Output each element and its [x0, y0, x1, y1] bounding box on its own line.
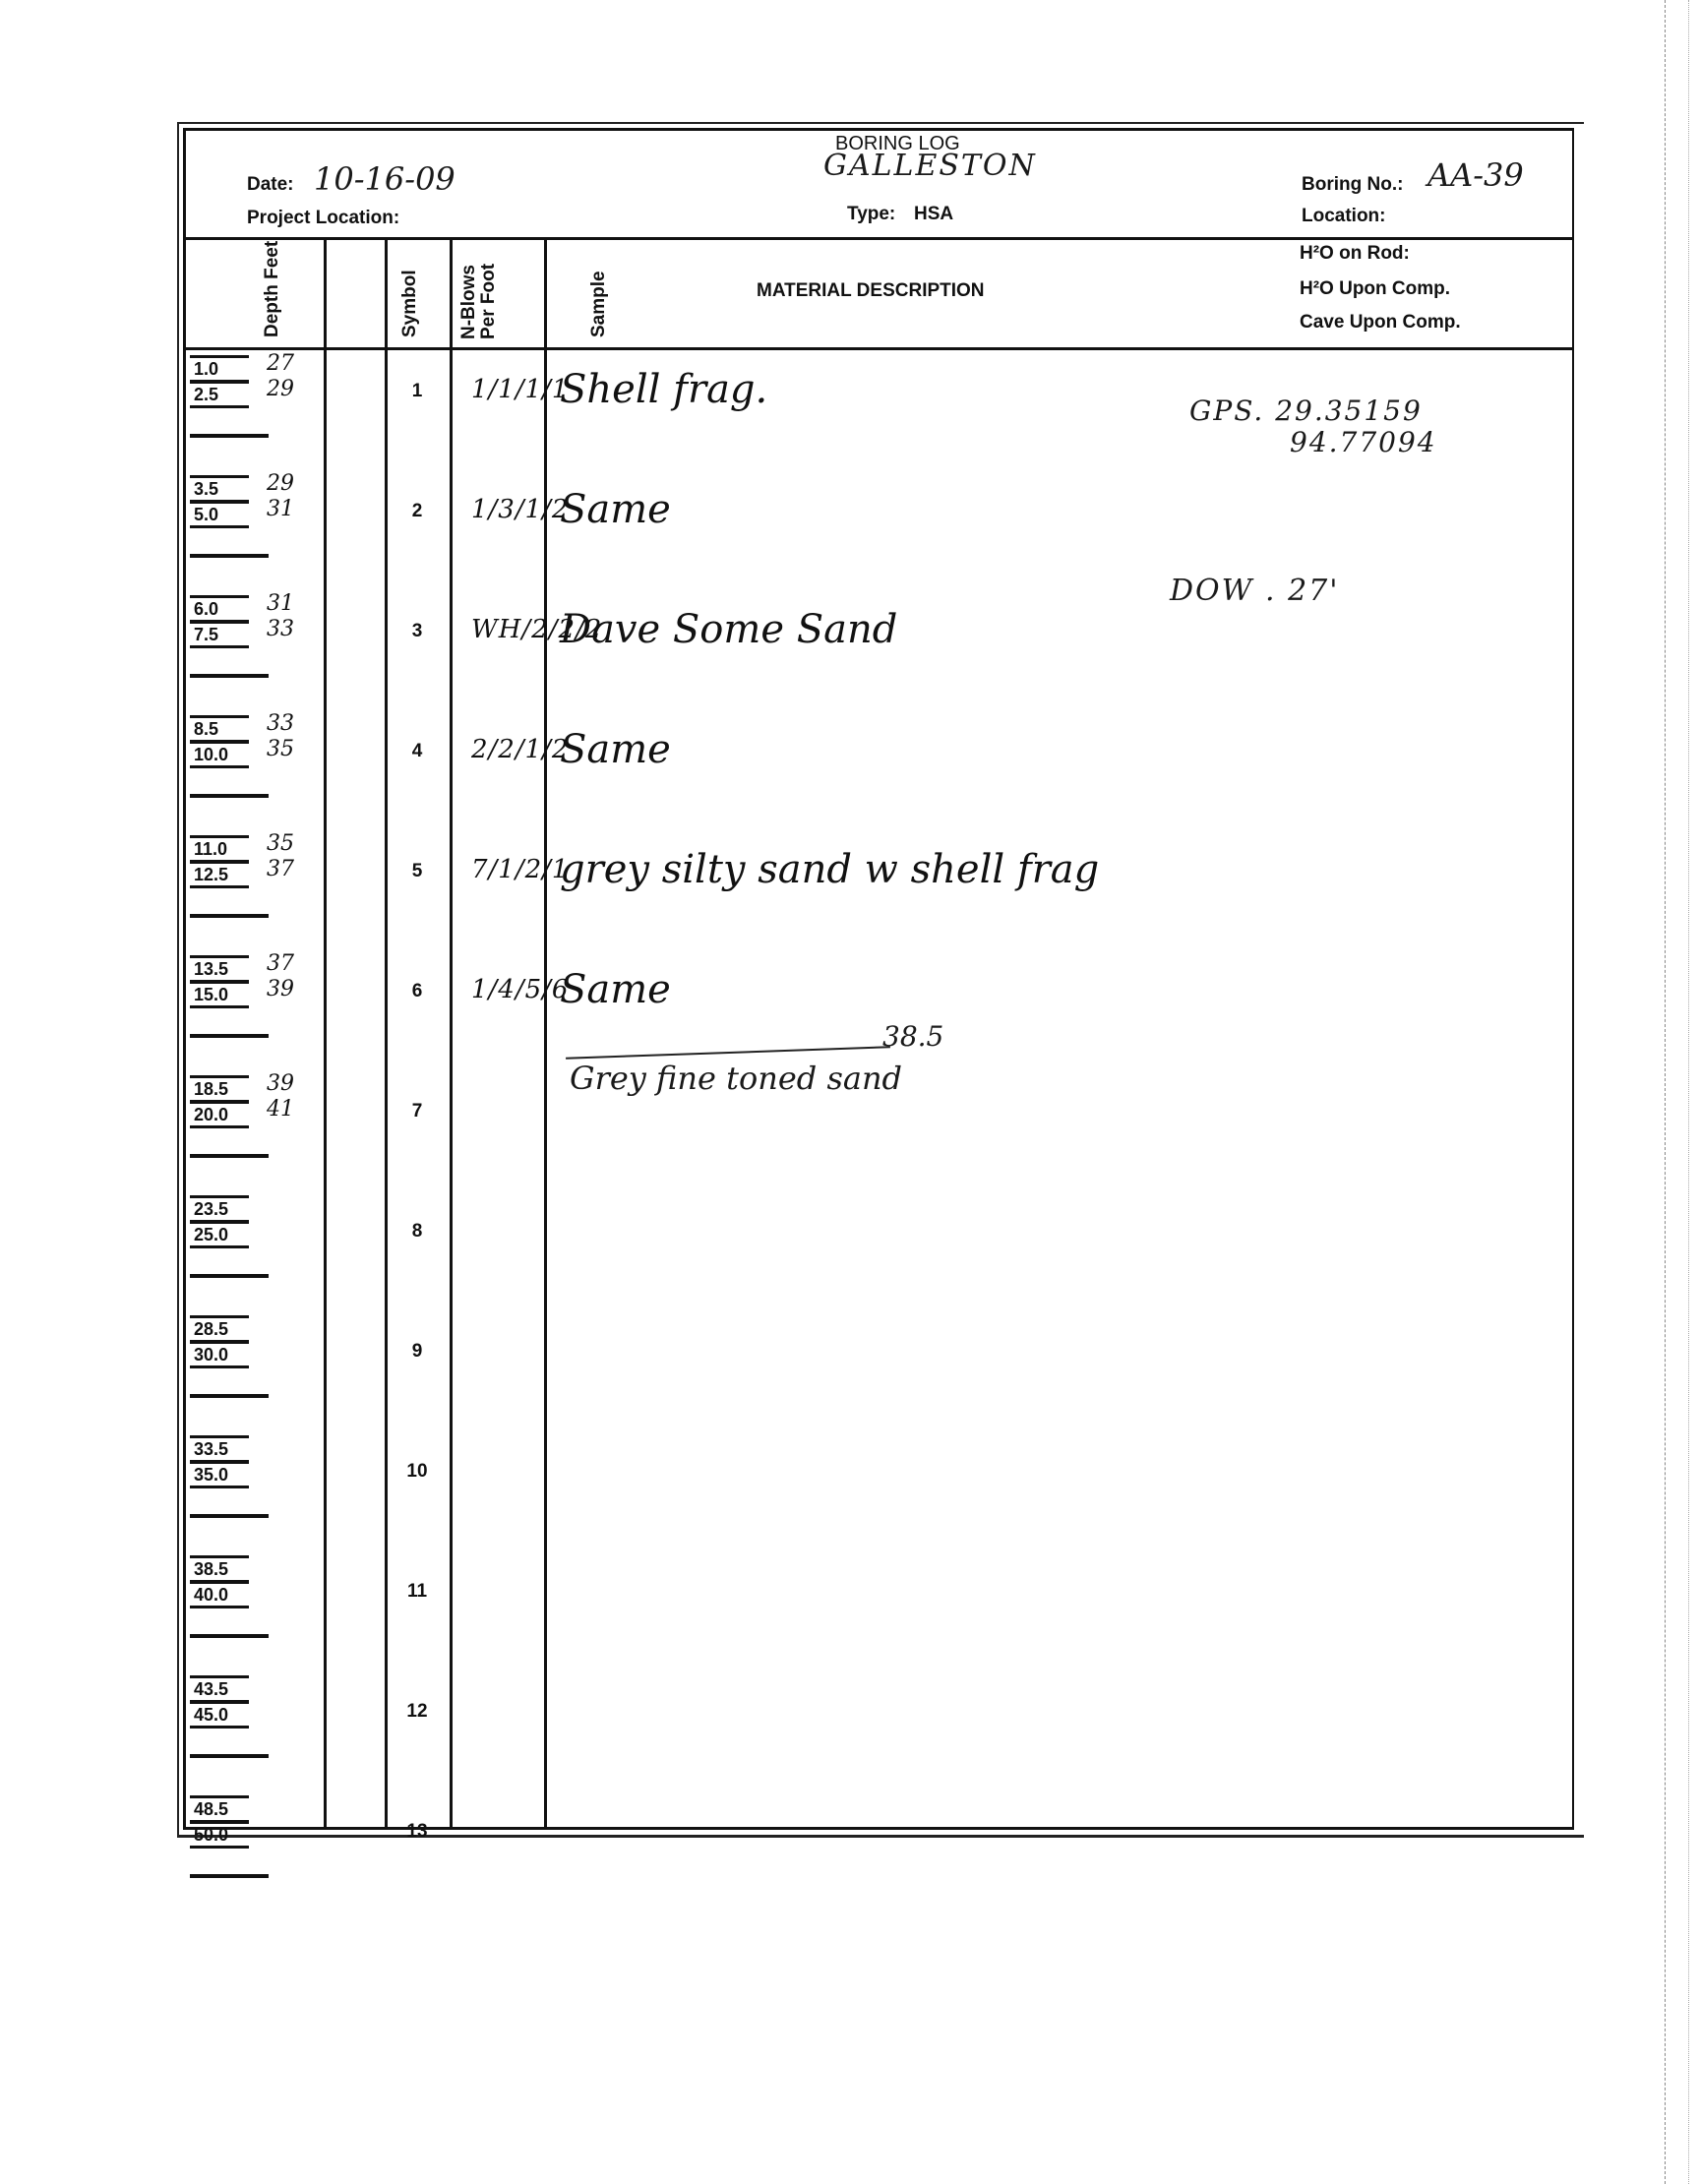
- elevation-bottom: 33: [267, 617, 294, 641]
- elevation-top: 35: [267, 831, 294, 856]
- depth-top: 38.5: [190, 1555, 249, 1583]
- col-material-description: MATERIAL DESCRIPTION: [757, 280, 985, 302]
- sample-number: 4: [402, 741, 432, 762]
- elevation-top: 37: [267, 951, 294, 976]
- depth-top: 18.5: [190, 1075, 249, 1103]
- dow-note: DOW . 27': [1170, 574, 1340, 608]
- elevation-top: 29: [267, 471, 294, 496]
- depth-tick: [190, 1634, 269, 1638]
- col-depth: Depth Feet: [263, 241, 282, 337]
- boring-no-label: Boring No.:: [1302, 174, 1403, 196]
- depth-bottom: 45.0: [190, 1701, 249, 1729]
- page-edge: [1688, 0, 1690, 2184]
- depth-top: 6.0: [190, 595, 249, 623]
- sample-number: 13: [402, 1821, 432, 1843]
- sample-number: 10: [402, 1461, 432, 1483]
- depth-bottom: 10.0: [190, 741, 249, 768]
- stratum-change-depth: 38.5: [882, 1020, 943, 1053]
- depth-tick: [190, 1154, 269, 1158]
- sample-number: 11: [402, 1581, 432, 1603]
- elevation-top: 33: [267, 711, 294, 736]
- divider-blows-description: [544, 237, 547, 1827]
- elevation-bottom: 39: [267, 977, 294, 1001]
- project-location-label: Project Location:: [247, 208, 399, 229]
- date-value: 10-16-09: [314, 160, 455, 198]
- elevation-top: 27: [267, 351, 294, 376]
- stratum-change-line: [566, 1046, 890, 1060]
- h2o-upon-comp-label: H²O Upon Comp.: [1300, 278, 1450, 300]
- depth-top: 11.0: [190, 835, 249, 863]
- type-value: HSA: [914, 204, 953, 225]
- material-description: Shell frag.: [560, 367, 767, 412]
- type-label: Type:: [847, 204, 895, 225]
- elevation-bottom: 41: [267, 1097, 294, 1122]
- elevation-bottom: 35: [267, 737, 294, 761]
- depth-tick: [190, 674, 269, 678]
- depth-top: 13.5: [190, 955, 249, 983]
- depth-tick: [190, 1034, 269, 1038]
- depth-bottom: 50.0: [190, 1821, 249, 1849]
- col-blows-label: N-Blows Per Foot: [459, 231, 499, 339]
- sample-number: 6: [402, 981, 432, 1002]
- depth-top: 3.5: [190, 475, 249, 503]
- cave-upon-comp-label: Cave Upon Comp.: [1300, 312, 1461, 334]
- depth-tick: [190, 1754, 269, 1758]
- blow-counts: 1/4/5/6: [471, 975, 569, 1004]
- material-description: grey silty sand w shell frag: [560, 847, 1099, 892]
- elevation-top: 39: [267, 1071, 294, 1096]
- boring-no-value: AA-39: [1427, 156, 1524, 194]
- depth-top: 28.5: [190, 1315, 249, 1343]
- blow-counts: 2/2/1/2: [471, 735, 569, 764]
- sample-number: 2: [402, 501, 432, 522]
- depth-tick: [190, 434, 269, 438]
- location-label: Location:: [1302, 206, 1386, 227]
- divider-depth-symbol: [324, 237, 327, 1827]
- depth-tick: [190, 1394, 269, 1398]
- sample-number: 9: [402, 1341, 432, 1363]
- blow-counts: 1/1/1/1: [471, 375, 569, 404]
- depth-tick: [190, 1274, 269, 1278]
- h2o-on-rod-label: H²O on Rod:: [1300, 243, 1410, 265]
- depth-tick: [190, 1514, 269, 1518]
- depth-top: 33.5: [190, 1435, 249, 1463]
- depth-bottom: 15.0: [190, 981, 249, 1008]
- depth-tick: [190, 1874, 269, 1878]
- depth-tick: [190, 794, 269, 798]
- depth-tick: [190, 914, 269, 918]
- col-sample: Sample: [589, 271, 609, 337]
- depth-bottom: 35.0: [190, 1461, 249, 1488]
- depth-top: 1.0: [190, 355, 249, 383]
- depth-bottom: 12.5: [190, 861, 249, 888]
- material-description: Same: [560, 487, 671, 532]
- depth-bottom: 30.0: [190, 1341, 249, 1368]
- depth-bottom: 40.0: [190, 1581, 249, 1608]
- sample-number: 7: [402, 1101, 432, 1122]
- depth-bottom: 25.0: [190, 1221, 249, 1248]
- form-header: Date: 10-16-09 Project Location: BORING …: [186, 131, 1572, 240]
- sample-number: 3: [402, 621, 432, 642]
- page-edge: [1665, 0, 1667, 2184]
- elevation-top: 31: [267, 591, 294, 616]
- elevation-bottom: 31: [267, 497, 294, 521]
- sample-number: 1: [402, 381, 432, 402]
- depth-top: 8.5: [190, 715, 249, 743]
- depth-bottom: 20.0: [190, 1101, 249, 1128]
- depth-top: 43.5: [190, 1675, 249, 1703]
- sample-number: 8: [402, 1221, 432, 1243]
- elevation-bottom: 29: [267, 377, 294, 401]
- depth-top: 48.5: [190, 1795, 249, 1823]
- divider-sample-blows: [450, 237, 453, 1827]
- depth-tick: [190, 554, 269, 558]
- project-name: GALLESTON: [823, 149, 1037, 183]
- material-description: Dave Some Sand: [560, 607, 897, 652]
- elevation-bottom: 37: [267, 857, 294, 881]
- depth-bottom: 5.0: [190, 501, 249, 528]
- divider-symbol-sample: [385, 237, 388, 1827]
- date-label: Date:: [247, 174, 294, 196]
- sample-number: 12: [402, 1701, 432, 1723]
- gps-longitude: 94.77094: [1290, 426, 1437, 458]
- depth-top: 23.5: [190, 1195, 249, 1223]
- sample-number: 5: [402, 861, 432, 882]
- gps-note: GPS. 29.35159: [1189, 394, 1423, 427]
- boring-log-form: Date: 10-16-09 Project Location: BORING …: [183, 128, 1574, 1830]
- depth-bottom: 7.5: [190, 621, 249, 648]
- material-description: Same: [560, 727, 671, 772]
- col-symbol: Symbol: [400, 270, 420, 337]
- material-description: Same: [560, 967, 671, 1012]
- blow-counts: 1/3/1/2: [471, 495, 569, 524]
- stratum-below-description: Grey fine toned sand: [570, 1060, 902, 1097]
- blow-counts: 7/1/2/1: [471, 855, 569, 884]
- depth-bottom: 2.5: [190, 381, 249, 408]
